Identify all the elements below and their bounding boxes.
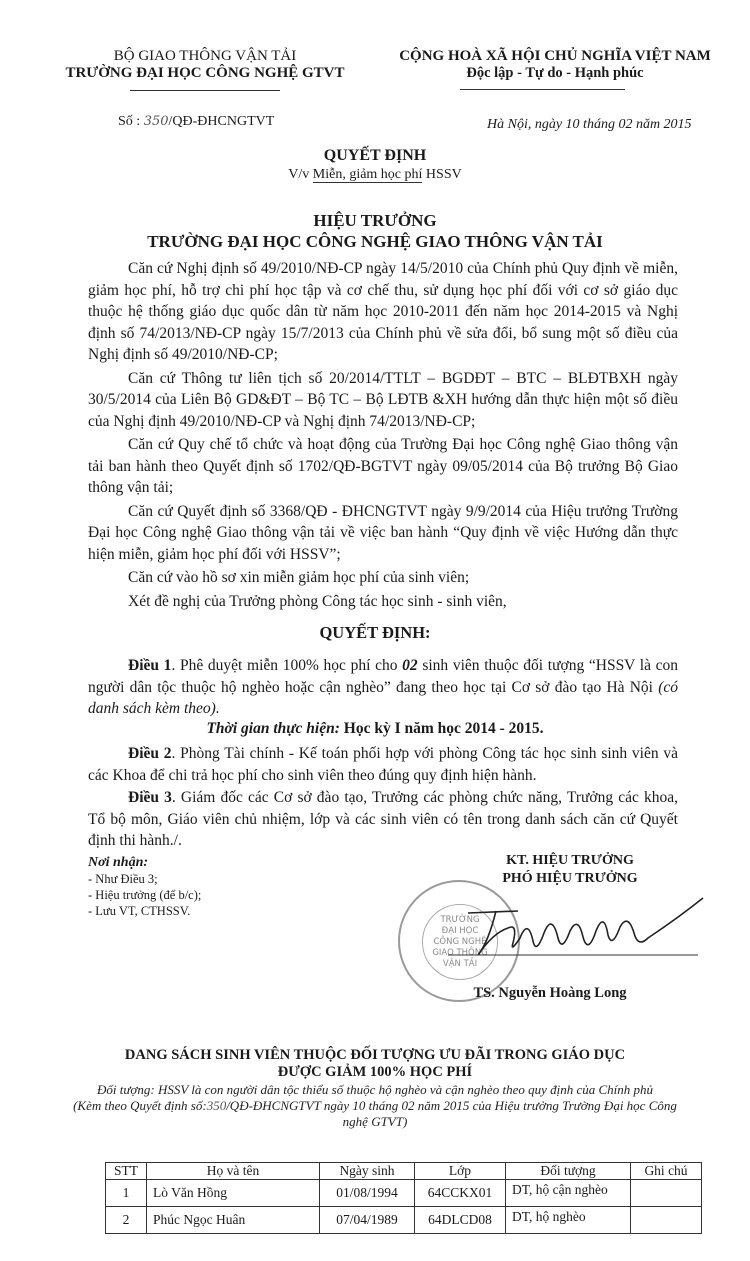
- student-count: 02: [402, 657, 418, 674]
- recipients-block: Nơi nhận: - Như Điều 3; - Hiệu trưởng (đ…: [88, 855, 201, 919]
- cell-note: [631, 1180, 702, 1207]
- table-row: 1 Lò Văn Hồng 01/08/1994 64CCKX01 DT, hộ…: [106, 1180, 702, 1207]
- student-table: STT Họ và tên Ngày sinh Lớp Đối tượng Gh…: [105, 1162, 702, 1234]
- recipient-item: - Lưu VT, CTHSSV.: [88, 903, 201, 919]
- preamble-paragraph: Căn cứ Quy chế tổ chức và hoạt động của …: [88, 434, 678, 499]
- cell-stt: 1: [106, 1180, 147, 1207]
- column-header: Ngày sinh: [320, 1163, 415, 1180]
- article-1: Điều 1. Phê duyệt miễn 100% học phí cho …: [88, 655, 678, 722]
- signer-on-behalf: KT. HIỆU TRƯỞNG: [450, 852, 690, 870]
- issuing-authority: BỘ GIAO THÔNG VẬN TẢI TRƯỜNG ĐẠI HỌC CÔN…: [60, 48, 350, 82]
- list-subject: Đối tượng: HSSV là con người dân tộc thi…: [60, 1082, 690, 1098]
- signer-position: PHÓ HIỆU TRƯỞNG: [450, 870, 690, 888]
- cell-object: DT, hộ cận nghèo: [506, 1180, 631, 1207]
- number-suffix: /QĐ-ĐHCNGTVT: [169, 114, 275, 129]
- article-text: . Phê duyệt miễn 100% học phí cho: [171, 657, 402, 674]
- divider: [130, 90, 280, 91]
- handwritten-signature: [448, 893, 708, 973]
- cell-note: [631, 1207, 702, 1234]
- column-header: STT: [106, 1163, 147, 1180]
- divider: [460, 89, 625, 90]
- preamble-paragraph: Xét đề nghị của Trưởng phòng Công tác họ…: [88, 591, 678, 613]
- article-text: . Giám đốc các Cơ sở đào tạo, Trưởng các…: [88, 789, 678, 849]
- preamble-paragraph: Căn cứ vào hồ sơ xin miễn giảm học phí c…: [88, 567, 678, 589]
- school-name: TRƯỜNG ĐẠI HỌC CÔNG NGHỆ GTVT: [60, 65, 350, 82]
- national-motto: Độc lập - Tự do - Hạnh phúc: [375, 65, 735, 82]
- signer-title: KT. HIỆU TRƯỞNG PHÓ HIỆU TRƯỞNG: [450, 852, 690, 888]
- article-2: Điều 2. Phòng Tài chính - Kế toán phối h…: [88, 743, 678, 788]
- timeline-label: Thời gian thực hiện:: [206, 720, 339, 737]
- article-label: Điều 3: [128, 789, 172, 806]
- column-header: Họ và tên: [147, 1163, 320, 1180]
- issue-date: Hà Nội, ngày 10 tháng 02 năm 2015: [487, 117, 692, 133]
- list-title: DANG SÁCH SINH VIÊN THUỘC ĐỐI TƯỢNG ƯU Đ…: [0, 1047, 750, 1081]
- authority-heading: HIỆU TRƯỞNG TRƯỜNG ĐẠI HỌC CÔNG NGHỆ GIA…: [0, 210, 750, 252]
- preamble-paragraph: Căn cứ Thông tư liên tịch số 20/2014/TTL…: [88, 368, 678, 433]
- national-title: CỘNG HOÀ XÃ HỘI CHỦ NGHĨA VIỆT NAM Độc l…: [375, 48, 735, 82]
- document-title: QUYẾT ĐỊNH: [0, 147, 750, 165]
- timeline-value: Học kỳ I năm học 2014 - 2015.: [340, 720, 544, 737]
- column-header: Đối tượng: [506, 1163, 631, 1180]
- attachment-suffix: /QĐ-ĐHCNGTVT ngày 10 tháng 02 năm 2015 c…: [226, 1098, 677, 1129]
- cell-dob: 01/08/1994: [320, 1180, 415, 1207]
- handwritten-number: 350: [207, 1098, 227, 1113]
- decides-heading: QUYẾT ĐỊNH:: [0, 623, 750, 643]
- document-number: Số : 350/QĐ-ĐHCNGTVT: [118, 114, 274, 130]
- cell-name: Phúc Ngọc Huân: [147, 1207, 320, 1234]
- recipient-item: - Hiệu trưởng (để b/c);: [88, 887, 201, 903]
- recipients-title: Nơi nhận:: [88, 855, 201, 871]
- ministry-name: BỘ GIAO THÔNG VẬN TẢI: [60, 48, 350, 65]
- column-header: Lớp: [415, 1163, 506, 1180]
- recipient-item: - Như Điều 3;: [88, 871, 201, 887]
- cell-dob: 07/04/1989: [320, 1207, 415, 1234]
- signer-name: TS. Nguyễn Hoàng Long: [420, 985, 680, 1002]
- number-prefix: Số :: [118, 114, 144, 129]
- cell-class: 64DLCD08: [415, 1207, 506, 1234]
- document-subject: V/v Miễn, giảm học phí HSSV: [0, 167, 750, 183]
- article-label: Điều 1: [128, 657, 171, 674]
- list-subtitle: Đối tượng: HSSV là con người dân tộc thi…: [60, 1082, 690, 1130]
- table-row: 2 Phúc Ngọc Huân 07/04/1989 64DLCD08 DT,…: [106, 1207, 702, 1234]
- cell-class: 64CCKX01: [415, 1180, 506, 1207]
- preamble-paragraph: Căn cứ Nghị định số 49/2010/NĐ-CP ngày 1…: [88, 258, 678, 366]
- cell-object: DT, hộ nghèo: [506, 1207, 631, 1234]
- authority-line-1: HIỆU TRƯỞNG: [0, 210, 750, 231]
- cell-stt: 2: [106, 1207, 147, 1234]
- list-title-line-1: DANG SÁCH SINH VIÊN THUỘC ĐỐI TƯỢNG ƯU Đ…: [0, 1047, 750, 1064]
- table-header-row: STT Họ và tên Ngày sinh Lớp Đối tượng Gh…: [106, 1163, 702, 1180]
- subject-underlined: Miễn, giảm học phí: [313, 167, 423, 183]
- article-text: . Phòng Tài chính - Kế toán phối hợp với…: [88, 745, 678, 784]
- authority-line-2: TRƯỜNG ĐẠI HỌC CÔNG NGHỆ GIAO THÔNG VẬN …: [0, 231, 750, 252]
- attachment-prefix: (Kèm theo Quyết định số:: [73, 1098, 207, 1113]
- list-title-line-2: ĐƯỢC GIẢM 100% HỌC PHÍ: [0, 1064, 750, 1081]
- article-3: Điều 3. Giám đốc các Cơ sở đào tạo, Trưở…: [88, 787, 678, 854]
- article-label: Điều 2: [128, 745, 172, 762]
- cell-name: Lò Văn Hồng: [147, 1180, 320, 1207]
- subject-suffix: HSSV: [422, 167, 461, 182]
- preamble-paragraph: Căn cứ Quyết định số 3368/QĐ - ĐHCNGTVT …: [88, 501, 678, 566]
- subject-prefix: V/v: [288, 167, 313, 182]
- list-attachment-note: (Kèm theo Quyết định số:350/QĐ-ĐHCNGTVT …: [60, 1098, 690, 1130]
- handwritten-number: 350: [144, 114, 169, 129]
- country-name: CỘNG HOÀ XÃ HỘI CHỦ NGHĨA VIỆT NAM: [375, 48, 735, 65]
- column-header: Ghi chú: [631, 1163, 702, 1180]
- implementation-time: Thời gian thực hiện: Học kỳ I năm học 20…: [0, 720, 750, 738]
- preamble: Căn cứ Nghị định số 49/2010/NĐ-CP ngày 1…: [88, 258, 678, 614]
